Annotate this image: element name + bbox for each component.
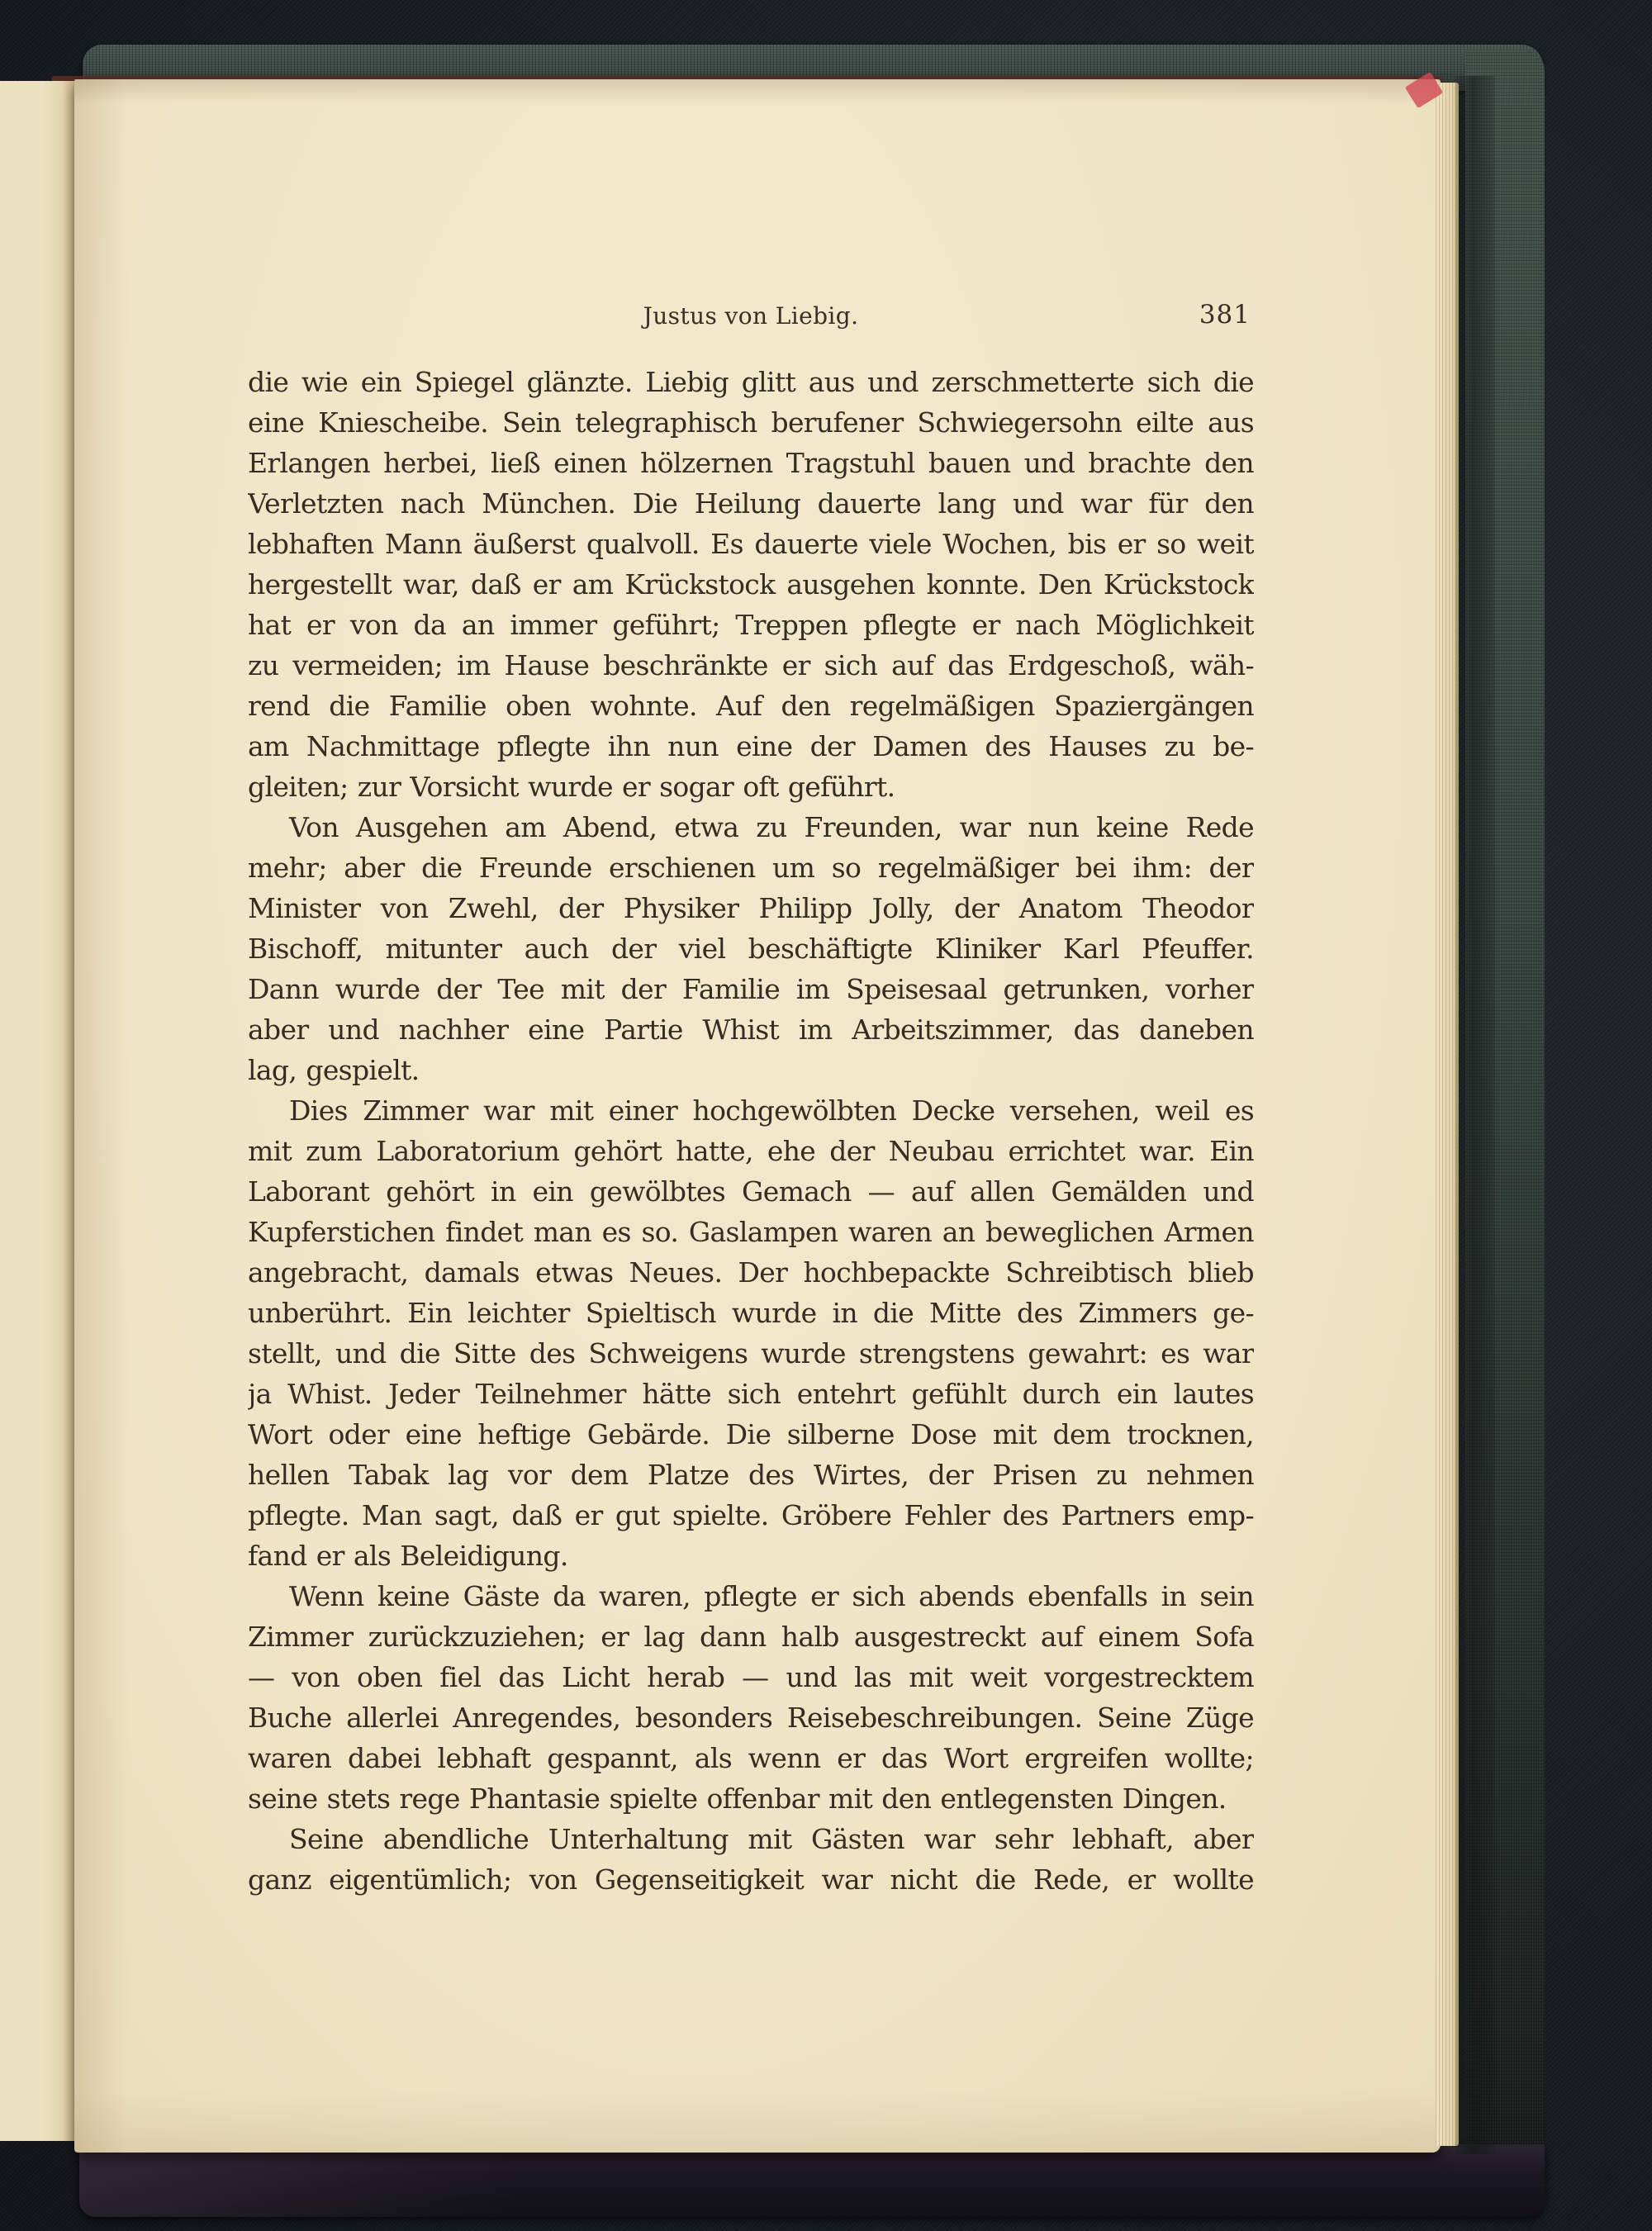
text-line: mehr; aber die Freunde erschienen um so … xyxy=(248,847,1254,888)
text-line: Buche allerlei Anregendes, besonders Rei… xyxy=(248,1697,1254,1738)
text-line: rend die Familie oben wohnte. Auf den re… xyxy=(248,686,1254,726)
paragraph: Dies Zimmer war mit einer hochgewölbten … xyxy=(248,1090,1254,1576)
paragraph: Von Ausgehen am Abend, etwa zu Freunden,… xyxy=(248,807,1254,1090)
text-line: Zimmer zurückzuziehen; er lag dann halb … xyxy=(248,1616,1254,1657)
text-line: Verletzten nach München. Die Heilung dau… xyxy=(248,483,1254,524)
text-line: Seine abendliche Unterhaltung mit Gästen… xyxy=(248,1819,1254,1859)
text-line: am Nachmittage pflegte ihn nun eine der … xyxy=(248,726,1254,767)
text-line: lebhaften Mann äußerst qualvoll. Es daue… xyxy=(248,524,1254,564)
text-line: hellen Tabak lag vor dem Platze des Wirt… xyxy=(248,1455,1254,1495)
text-line: Kupferstichen findet man es so. Gaslampe… xyxy=(248,1212,1254,1252)
text-line: Dann wurde der Tee mit der Familie im Sp… xyxy=(248,969,1254,1009)
text-line: Laborant gehört in ein gewölbtes Gemach … xyxy=(248,1171,1254,1212)
text-line: ganz eigentümlich; von Gegenseitigkeit w… xyxy=(248,1859,1254,1900)
text-line: Dies Zimmer war mit einer hochgewölbten … xyxy=(248,1090,1254,1131)
paragraph: die wie ein Spiegel glänzte. Liebig glit… xyxy=(248,362,1254,807)
text-line: mit zum Laboratorium gehört hatte, ehe d… xyxy=(248,1131,1254,1171)
text-line: Erlangen herbei, ließ einen hölzernen Tr… xyxy=(248,443,1254,483)
text-line: Wort oder eine heftige Gebärde. Die silb… xyxy=(248,1414,1254,1455)
text-line: Von Ausgehen am Abend, etwa zu Freunden,… xyxy=(248,807,1254,847)
text-line: — von oben fiel das Licht herab — und la… xyxy=(248,1657,1254,1697)
book-photo: Justus von Liebig. 381 die wie ein Spieg… xyxy=(0,0,1652,2231)
text-line: Wenn keine Gäste da waren, pflegte er si… xyxy=(248,1576,1254,1616)
text-line: hat er von da an immer geführt; Treppen … xyxy=(248,605,1254,645)
text-line: ja Whist. Jeder Teilnehmer hätte sich en… xyxy=(248,1374,1254,1414)
page-number: 381 xyxy=(1199,297,1251,332)
book-cover-bottom-edge xyxy=(79,2144,1545,2217)
text-block: die wie ein Spiegel glänzte. Liebig glit… xyxy=(248,362,1254,1900)
text-line: stellt, und die Sitte des Schweigens wur… xyxy=(248,1333,1254,1374)
text-line: unberührt. Ein leichter Spieltisch wurde… xyxy=(248,1293,1254,1333)
page-header: Justus von Liebig. 381 xyxy=(248,299,1254,334)
text-line: eine Kniescheibe. Sein telegraphisch ber… xyxy=(248,402,1254,443)
text-line: seine stets rege Phantasie spielte offen… xyxy=(248,1778,1254,1819)
paragraph: Wenn keine Gäste da waren, pflegte er si… xyxy=(248,1576,1254,1819)
cover-hinge-shadow xyxy=(1455,76,1495,2154)
text-line: aber und nachher eine Partie Whist im Ar… xyxy=(248,1009,1254,1050)
facing-page-edge xyxy=(0,81,76,2141)
text-line: Minister von Zwehl, der Physiker Philipp… xyxy=(248,888,1254,928)
text-line: zu vermeiden; im Hause beschränkte er si… xyxy=(248,645,1254,686)
text-line: die wie ein Spiegel glänzte. Liebig glit… xyxy=(248,362,1254,402)
text-line: waren dabei lebhaft gespannt, als wenn e… xyxy=(248,1738,1254,1778)
running-head-title: Justus von Liebig. xyxy=(248,299,1254,334)
text-line: Bischoff, mitunter auch der viel beschäf… xyxy=(248,928,1254,969)
text-line: angebracht, damals etwas Neues. Der hoch… xyxy=(248,1252,1254,1293)
text-line: pflegte. Man sagt, daß er gut spielte. G… xyxy=(248,1495,1254,1536)
text-line: fand er als Beleidigung. xyxy=(248,1536,1254,1576)
paragraph: Seine abendliche Unterhaltung mit Gästen… xyxy=(248,1819,1254,1900)
text-line: lag, gespielt. xyxy=(248,1050,1254,1090)
text-line: gleiten; zur Vorsicht wurde er sogar oft… xyxy=(248,767,1254,807)
book-page: Justus von Liebig. 381 die wie ein Spieg… xyxy=(74,79,1441,2153)
text-line: hergestellt war, daß er am Krückstock au… xyxy=(248,564,1254,605)
